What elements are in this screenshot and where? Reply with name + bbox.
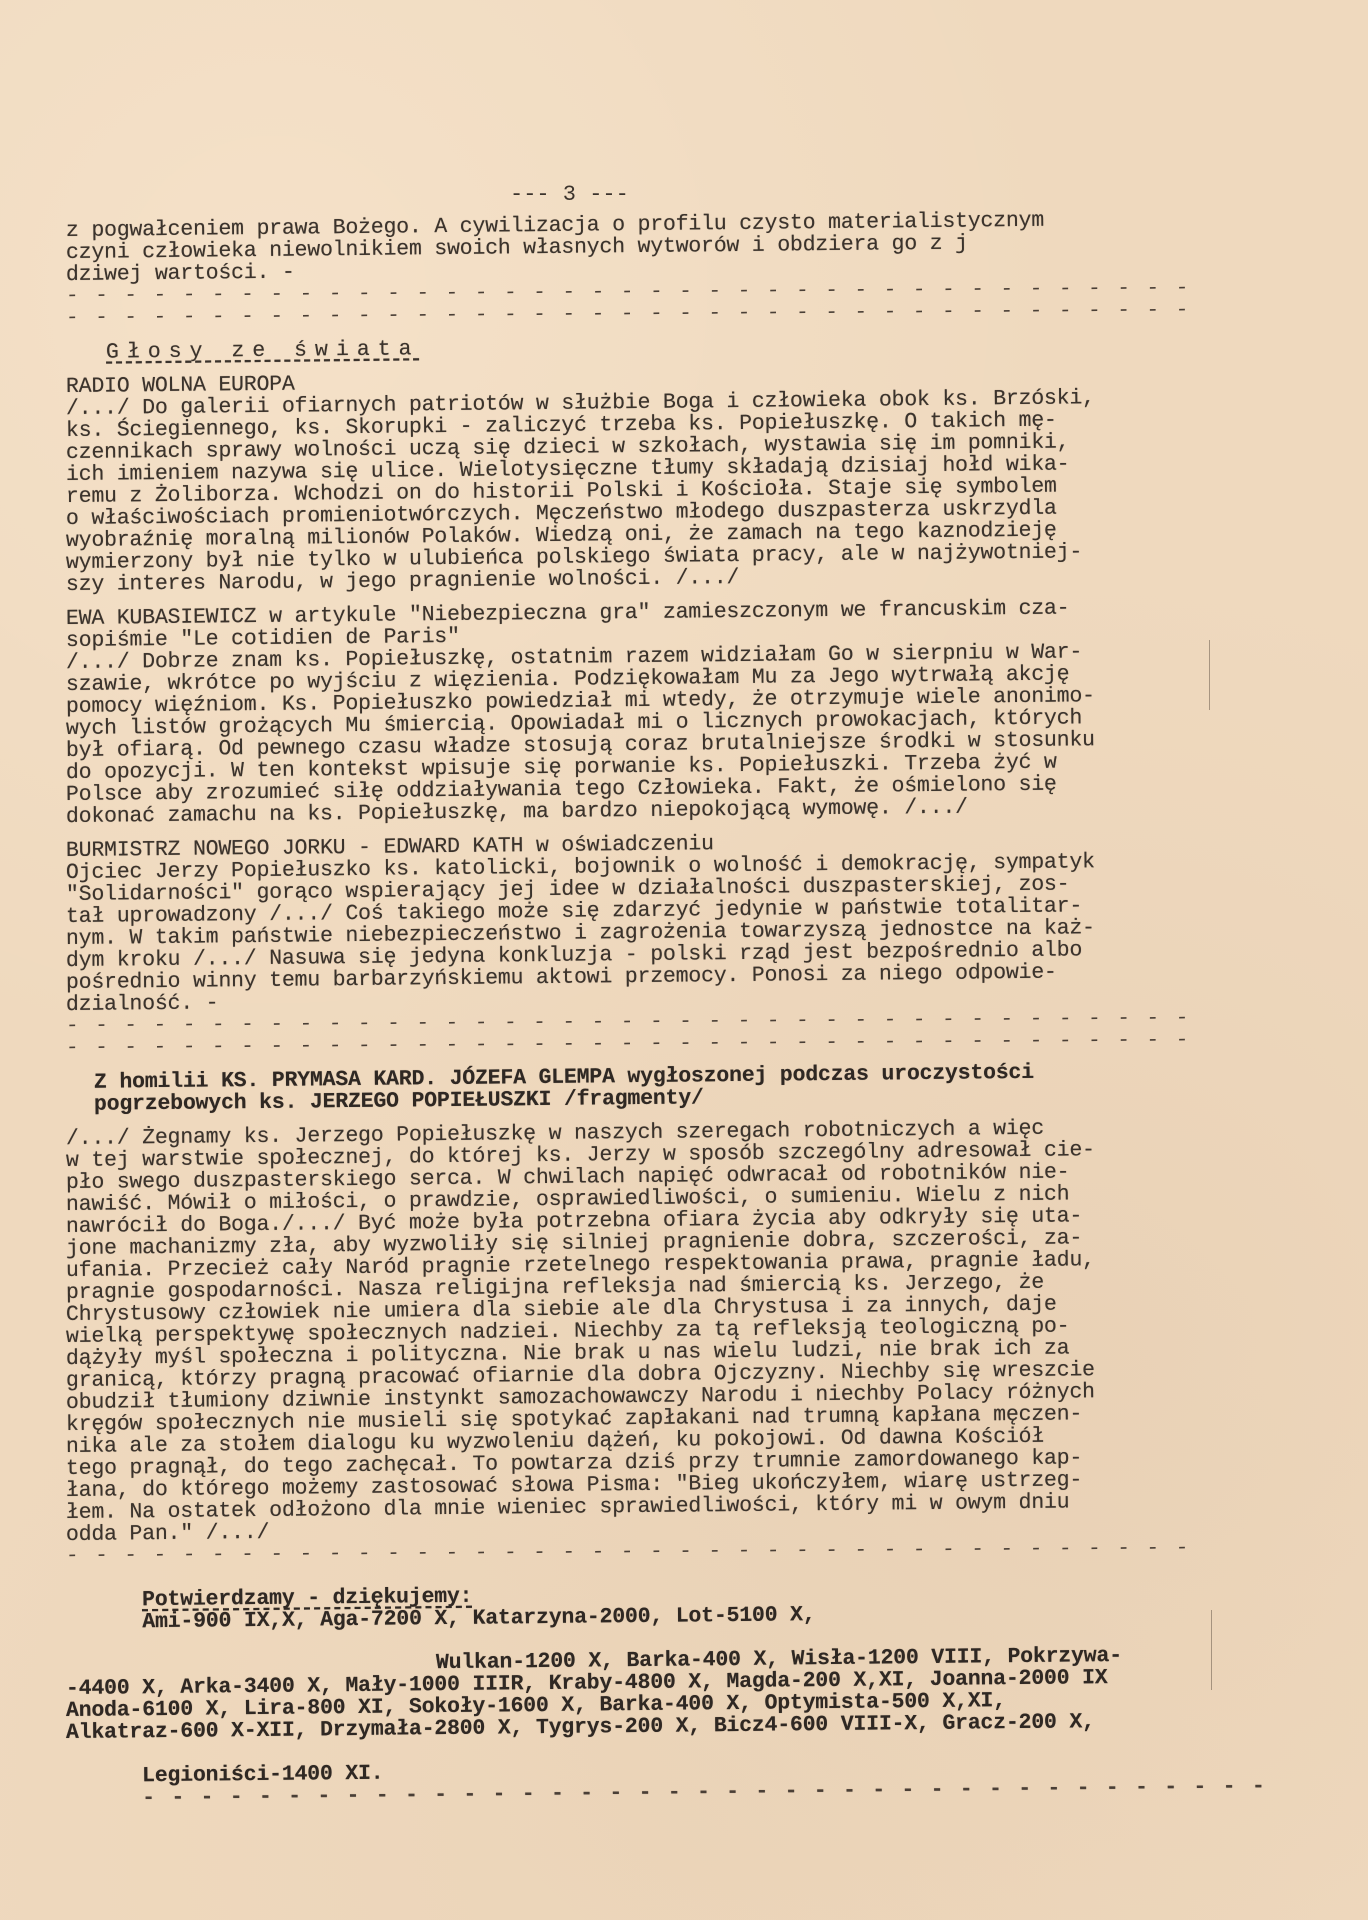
intro-paragraph: z pogwałceniem prawa Bożego. A cywilizac… (66, 220, 1206, 286)
margin-mark (1209, 640, 1210, 710)
quote-burmistrz-nowego-jorku: BURMISTRZ NOWEGO JORKU - EDWARD KATH w o… (66, 840, 1206, 1016)
section-heading: Głosy ze świata (106, 338, 420, 363)
margin-mark (1211, 1610, 1212, 1690)
thanks-section: Potwierdzamy - dziękujemy: Ami-900 IX,X,… (66, 1568, 1206, 1833)
typewritten-page: z pogwałceniem prawa Bożego. A cywilizac… (66, 176, 1206, 1833)
quote-radio-wolna-europa: RADIO WOLNA EUROPA /.../ Do galerii ofia… (66, 376, 1206, 596)
homily-section: Z homilii KS. PRYMASA KARD. JÓZEFA GLEMP… (66, 1072, 1206, 1546)
quote-ewa-kubasiewicz: EWA KUBASIEWICZ w artykule "Niebezpieczn… (66, 608, 1206, 828)
